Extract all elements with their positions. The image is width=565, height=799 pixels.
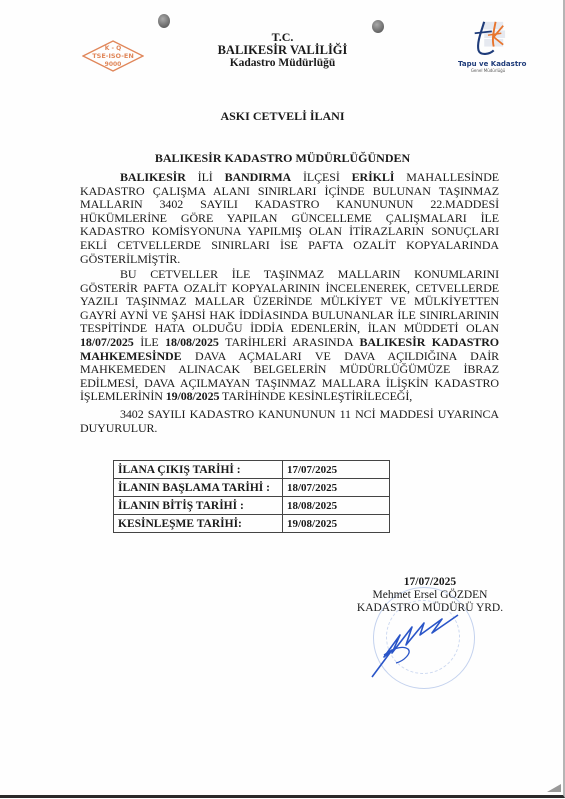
district: BANDIRMA [225,170,292,184]
date-label: İLANA ÇIKIŞ TARİHİ : [114,461,283,479]
date-value: 19/08/2025 [283,515,390,533]
date-label: KESİNLEŞME TARİHİ: [114,515,283,533]
tkgm-subtitle: Genel Müdürlüğü [458,68,518,73]
paragraph-announcement: BALIKESİR İLİ BANDIRMA İLÇESİ ERİKLİ MAH… [80,171,499,266]
dates-table: İLANA ÇIKIŞ TARİHİ : 17/07/2025 İLANIN B… [113,460,390,533]
tkgm-name: Tapu ve Kadastro [458,60,518,68]
neighborhood: ERİKLİ [352,170,395,184]
start-date: 18/07/2025 [80,335,134,349]
table-row: İLANIN BİTİŞ TARİHİ : 18/08/2025 [114,497,390,515]
date-value: 18/08/2025 [283,497,390,515]
signature-date: 17/07/2025 [340,576,520,589]
page-corner [547,784,561,792]
paragraph-legal-basis: 3402 SAYILI KADASTRO KANUNUNUN 11 NCİ MA… [80,408,499,435]
tkgm-tk-icon [469,18,507,58]
document-page: K - Q TSE-ISO-EN 9000 T.C. BALIKESİR VAL… [0,0,565,798]
table-row: İLANIN BAŞLAMA TARİHİ : 18/07/2025 [114,479,390,497]
handwritten-signature-icon [362,605,472,685]
punch-hole [158,14,170,28]
finalization-date: 19/08/2025 [166,389,220,403]
date-value: 18/07/2025 [283,479,390,497]
end-date: 18/08/2025 [165,335,219,349]
table-row: KESİNLEŞME TARİHİ: 19/08/2025 [114,515,390,533]
paragraph-objection-period: BU CETVELLER İLE TAŞINMAZ MALLARIN KONUM… [80,268,499,404]
date-label: İLANIN BAŞLAMA TARİHİ : [114,479,283,497]
issuer-heading: BALIKESİR KADASTRO MÜDÜRLÜĞÜNDEN [0,151,565,166]
date-value: 17/07/2025 [283,461,390,479]
date-label: İLANIN BİTİŞ TARİHİ : [114,497,283,515]
document-title: ASKI CETVELİ İLANI [0,109,565,124]
tkgm-logo: Tapu ve Kadastro Genel Müdürlüğü [458,18,518,78]
signatory-name: Mehmet Ersel GÖZDEN [340,589,520,602]
table-row: İLANA ÇIKIŞ TARİHİ : 17/07/2025 [114,461,390,479]
province: BALIKESİR [120,170,186,184]
